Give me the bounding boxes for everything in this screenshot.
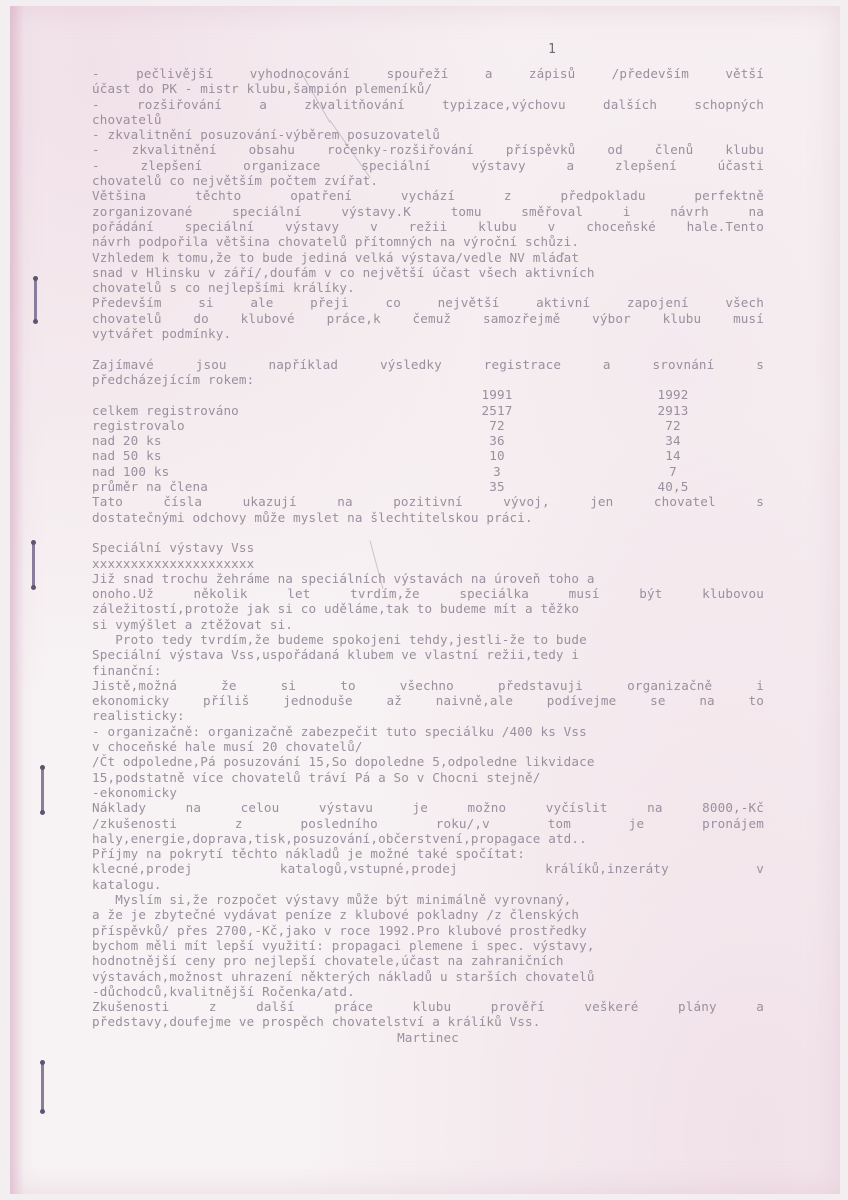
row-value: 7 xyxy=(582,464,764,479)
text-line: a že je zbytečné vydávat peníze z klubov… xyxy=(92,907,764,922)
text-line: Většina těchto opatření vychází z předpo… xyxy=(92,188,764,203)
row-value: 40,5 xyxy=(582,479,764,494)
table-row: nad 100 ks37 xyxy=(92,464,764,479)
row-value: 14 xyxy=(582,448,764,463)
row-value: 72 xyxy=(412,418,582,433)
text-line: záležitostí,protože jak si co uděláme,ta… xyxy=(92,601,764,616)
row-label xyxy=(92,387,412,402)
text-line: zorganizované speciální výstavy.K tomu s… xyxy=(92,204,764,219)
row-value: 72 xyxy=(582,418,764,433)
row-value: 1991 xyxy=(412,387,582,402)
text-line: Zajímavé jsou například výsledky registr… xyxy=(92,357,764,372)
text-line: bychom měli mít lepší využití: propagaci… xyxy=(92,938,764,953)
text-line: katalogu. xyxy=(92,877,764,892)
text-line: chovatelů xyxy=(92,112,764,127)
text-line: Již snad trochu žehráme na speciálních v… xyxy=(92,571,764,586)
text-line: předcházejícím rokem: xyxy=(92,372,764,387)
row-value: 35 xyxy=(412,479,582,494)
text-line: chovatelů s co nejlepšími králíky. xyxy=(92,280,764,295)
registration-intro: Zajímavé jsou například výsledky registr… xyxy=(92,357,764,388)
text-line: Tato čísla ukazují na pozitivní vývoj, j… xyxy=(92,494,764,509)
text-line: si vymýšlet a ztěžovat si. xyxy=(92,617,764,632)
text-line: ekonomicky příliš jednoduše až naivně,al… xyxy=(92,693,764,708)
text-line: Vzhledem k tomu,že to bude jediná velká … xyxy=(92,250,764,265)
text-line: výstavách,možnost uhrazení některých nák… xyxy=(92,969,764,984)
text-line: Náklady na celou výstavu je možno vyčísl… xyxy=(92,800,764,815)
row-label: nad 50 ks xyxy=(92,448,412,463)
text-line: chovatelů co největším počtem zvířat. xyxy=(92,173,764,188)
section-body: Již snad trochu žehráme na speciálních v… xyxy=(92,571,764,1030)
section-underline: xxxxxxxxxxxxxxxxxxxxx xyxy=(92,556,764,571)
row-value: 34 xyxy=(582,433,764,448)
text-line: příspěvků/ přes 2700,-Kč,jako v roce 199… xyxy=(92,923,764,938)
row-value: 10 xyxy=(412,448,582,463)
text-line: /zkušenosti z posledního roku/,v tom je … xyxy=(92,816,764,831)
row-label: celkem registrováno xyxy=(92,403,412,418)
text-line: hodnotnější ceny pro nejlepší chovatele,… xyxy=(92,953,764,968)
text-line: -důchodců,kvalitnější Ročenka/atd. xyxy=(92,984,764,999)
text-line: Zkušenosti z další práce klubu prověří v… xyxy=(92,999,764,1014)
registration-outro: Tato čísla ukazují na pozitivní vývoj, j… xyxy=(92,494,764,525)
text-line: Proto tedy tvrdím,že budeme spokojeni te… xyxy=(92,632,764,647)
row-label: nad 20 ks xyxy=(92,433,412,448)
text-line: - zkvalitnění posuzování-výběrem posuzov… xyxy=(92,127,764,142)
row-label: nad 100 ks xyxy=(92,464,412,479)
text-line: Jistě,možná že si to všechno představuji… xyxy=(92,678,764,693)
text-line: v choceňské hale musí 20 chovatelů/ xyxy=(92,739,764,754)
text-line: návrh podpořila většina chovatelů přítom… xyxy=(92,234,764,249)
binder-punch-mark xyxy=(41,767,44,813)
table-row: nad 50 ks1014 xyxy=(92,448,764,463)
table-row: celkem registrováno25172913 xyxy=(92,403,764,418)
row-label: průměr na člena xyxy=(92,479,412,494)
page-number: 1 xyxy=(548,42,556,57)
row-label: registrovalo xyxy=(92,418,412,433)
table-row: registrovalo7272 xyxy=(92,418,764,433)
text-line: finanční: xyxy=(92,663,764,678)
text-line: dostatečnými odchovy může myslet na šlec… xyxy=(92,510,764,525)
text-line: - pečlivější vyhodnocování spouřeží a zá… xyxy=(92,66,764,81)
text-line: haly,energie,doprava,tisk,posuzování,obč… xyxy=(92,831,764,846)
row-value: 2517 xyxy=(412,403,582,418)
table-row: nad 20 ks3634 xyxy=(92,433,764,448)
text-line: -ekonomicky xyxy=(92,785,764,800)
text-line: klecné,prodej katalogů,vstupné,prodej kr… xyxy=(92,861,764,876)
table-header-row: 19911992 xyxy=(92,387,764,402)
text-line: realisticky: xyxy=(92,708,764,723)
document-body: - pečlivější vyhodnocování spouřeží a zá… xyxy=(92,66,764,1045)
row-value: 36 xyxy=(412,433,582,448)
binder-punch-mark xyxy=(32,542,35,588)
paper-edge-shadow xyxy=(10,6,24,1194)
section-title: Speciální výstavy Vss xyxy=(92,540,764,555)
row-value: 3 xyxy=(412,464,582,479)
text-line: 15,podstatně více chovatelů tráví Pá a S… xyxy=(92,770,764,785)
text-line: - rozšiřování a zkvalitňování typizace,v… xyxy=(92,97,764,112)
text-line: Myslím si,že rozpočet výstavy může být m… xyxy=(92,892,764,907)
text-line: snad v Hlinsku v září/,doufám v co nejvě… xyxy=(92,265,764,280)
row-value: 2913 xyxy=(582,403,764,418)
text-line: vytvářet podmínky. xyxy=(92,326,764,341)
registration-table: 19911992celkem registrováno25172913regis… xyxy=(92,387,764,494)
intro-list: - pečlivější vyhodnocování spouřeží a zá… xyxy=(92,66,764,341)
text-line: účast do PK - mistr klubu,šampión plemen… xyxy=(92,81,764,96)
table-row: průměr na člena3540,5 xyxy=(92,479,764,494)
row-value: 1992 xyxy=(582,387,764,402)
text-line: Především si ale přeji co největší aktiv… xyxy=(92,295,764,310)
text-line: onoho.Už několik let tvrdím,že speciálka… xyxy=(92,586,764,601)
text-line: představy,doufejme ve prospěch chovatels… xyxy=(92,1014,764,1029)
binder-punch-mark xyxy=(41,1062,44,1112)
text-line: chovatelů do klubové práce,k čemuž samoz… xyxy=(92,311,764,326)
text-line: - organizačně: organizačně zabezpečit tu… xyxy=(92,724,764,739)
text-line: Speciální výstava Vss,uspořádaná klubem … xyxy=(92,647,764,662)
text-line: Příjmy na pokrytí těchto nákladů je možn… xyxy=(92,846,764,861)
text-line: - zlepšení organizace speciální výstavy … xyxy=(92,158,764,173)
text-line: - zkvalitnění obsahu ročenky-rozšiřování… xyxy=(92,142,764,157)
signature: Martinec xyxy=(92,1030,764,1045)
binder-punch-mark xyxy=(34,278,37,322)
text-line: /Čt odpoledne,Pá posuzování 15,So dopole… xyxy=(92,754,764,769)
text-line: pořádání speciální výstavy v režii klubu… xyxy=(92,219,764,234)
